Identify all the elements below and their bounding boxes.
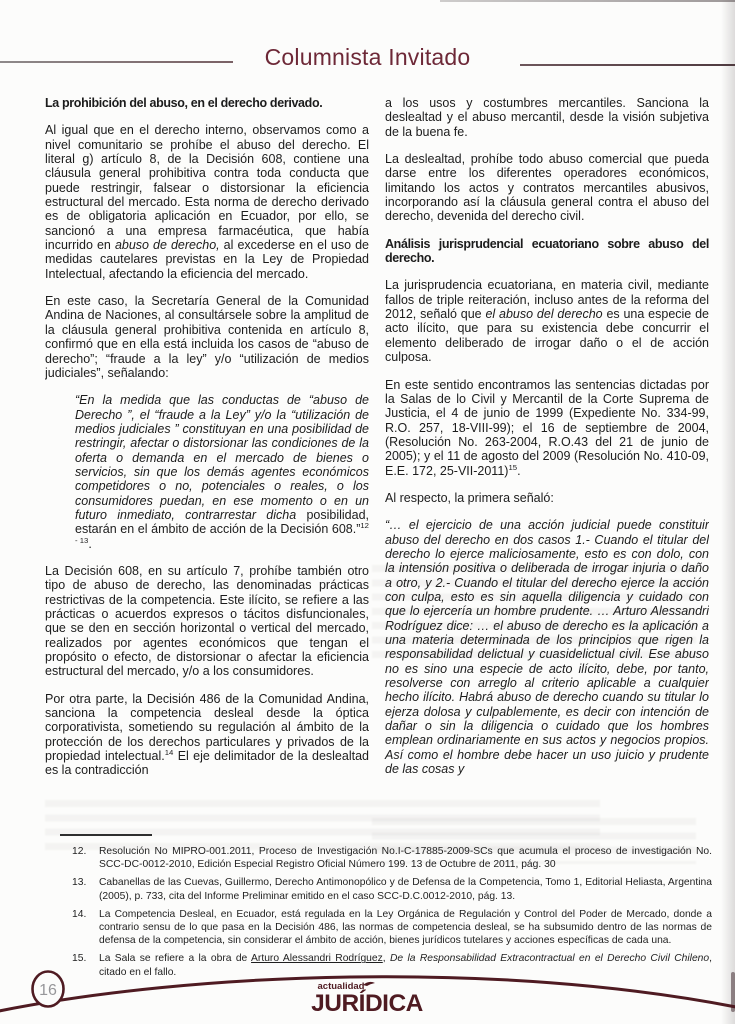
- article-body: La prohibición del abuso, en el derecho …: [45, 96, 709, 838]
- footnote-number: 14.: [72, 908, 99, 948]
- paragraph: En este caso, la Secretaría General de l…: [45, 294, 369, 380]
- logo-word-juridica: JURÍDICA: [311, 989, 424, 1017]
- paragraph: En este sentido encontramos las sentenci…: [385, 378, 709, 478]
- page-footer: 16 actualidad JURÍDICA: [0, 954, 735, 1024]
- header-rule-right: [520, 64, 735, 66]
- paragraph: Al igual que en el derecho interno, obse…: [45, 123, 369, 281]
- article-column-right: a los usos y costumbres mercantiles. San…: [385, 96, 709, 838]
- section-heading: Análisis jurisprudencial ecuatoriano sob…: [385, 237, 709, 266]
- footnote-text: La Competencia Desleal, en Ecuador, está…: [99, 908, 712, 948]
- footnote-number: 12.: [72, 845, 99, 871]
- footnote: 14. La Competencia Desleal, en Ecuador, …: [72, 908, 712, 948]
- footnote-separator: [60, 834, 152, 836]
- page-title: Columnista Invitado: [0, 44, 735, 71]
- paragraph: Por otra parte, la Decisión 486 de la Co…: [45, 692, 369, 778]
- scan-artifact-top: [440, 0, 735, 2]
- footnote: 13. Cabanellas de las Cuevas, Guillermo,…: [72, 876, 712, 902]
- paragraph: La Decisión 608, en su artículo 7, prohí…: [45, 564, 369, 679]
- section-heading: La prohibición del abuso, en el derecho …: [45, 96, 369, 110]
- logo-swoosh-icon: [363, 982, 375, 986]
- article-column-left: La prohibición del abuso, en el derecho …: [45, 96, 369, 838]
- paragraph: La deslealtad, prohíbe todo abuso comerc…: [385, 152, 709, 224]
- magazine-page: Columnista Invitado La prohibición del a…: [0, 0, 735, 1024]
- footnote-number: 13.: [72, 876, 99, 902]
- block-quote: “En la medida que las conductas de “abus…: [45, 393, 369, 551]
- paragraph: a los usos y costumbres mercantiles. San…: [385, 96, 709, 139]
- footnote-text: Cabanellas de las Cuevas, Guillermo, Der…: [99, 876, 712, 902]
- footnote: 12. Resolución No MIPRO-001.2011, Proces…: [72, 845, 712, 871]
- paragraph: Al respecto, la primera señaló:: [385, 491, 709, 505]
- page-edge-shadow: [721, 0, 735, 1024]
- page-number: 16: [39, 982, 57, 999]
- paragraph: La jurisprudencia ecuatoriana, en materi…: [385, 278, 709, 364]
- footnote-text: Resolución No MIPRO-001.2011, Proceso de…: [99, 845, 712, 871]
- block-quote: “… el ejercicio de una acción judicial p…: [385, 518, 709, 776]
